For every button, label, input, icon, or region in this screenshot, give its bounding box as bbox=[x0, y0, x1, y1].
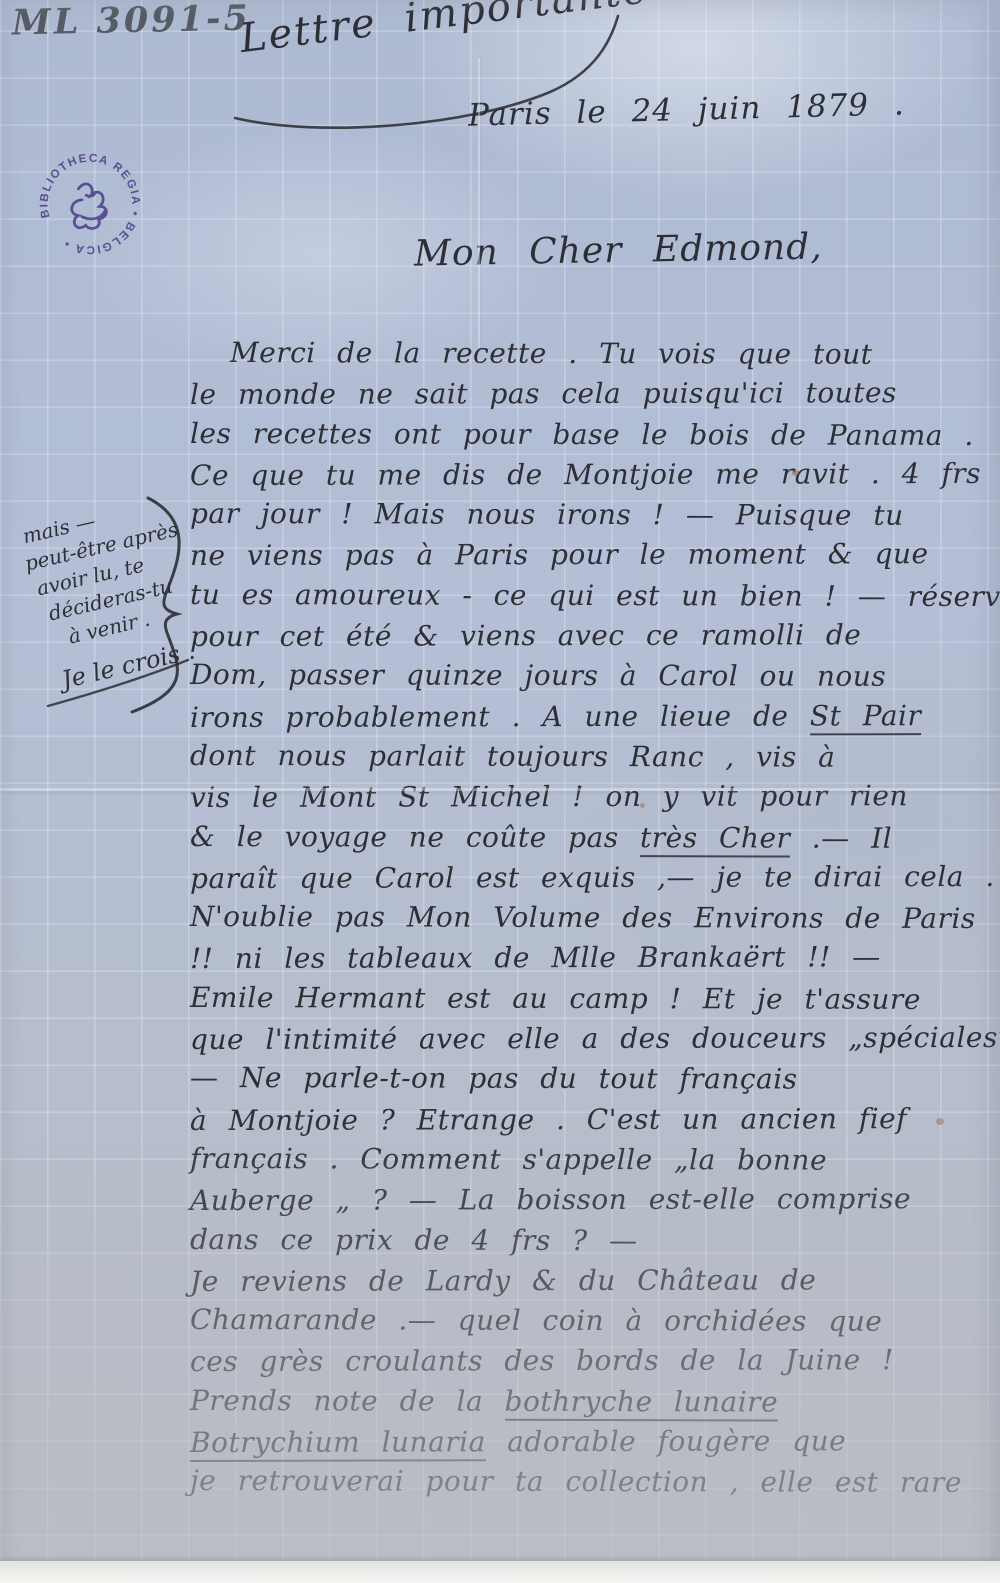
letter-line-segment: que l'intimité avec elle a des douceurs … bbox=[190, 1021, 1000, 1056]
letter-line-segment: tu es amoureux - ce qui est un bien ! — … bbox=[190, 578, 1000, 613]
catalog-number: ML 3091-5 bbox=[12, 0, 252, 43]
letter-line: vis le Mont St Michel ! on y vit pour ri… bbox=[190, 776, 990, 818]
letter-line-segment: .— Il bbox=[790, 821, 892, 854]
letter-line: Prends note de la bothryche lunaire bbox=[190, 1381, 990, 1423]
letter-line-segment: dans ce prix de 4 frs ? — bbox=[190, 1222, 638, 1256]
letter-line: dans ce prix de 4 frs ? — bbox=[190, 1219, 990, 1261]
letter-line: Emile Hermant est au camp ! Et je t'assu… bbox=[190, 978, 990, 1020]
letter-line-segment: Ce que tu me dis de Montjoie me ravit . … bbox=[190, 457, 981, 492]
paper-stain bbox=[792, 470, 799, 476]
letter-line-segment: Prends note de la bbox=[190, 1384, 505, 1418]
letter-line: Merci de la recette . Tu vois que tout bbox=[190, 333, 990, 375]
letter-line: — Ne parle-t-on pas du tout français bbox=[190, 1058, 990, 1100]
letter-line: ces grès croulants des bords de la Juine… bbox=[190, 1340, 990, 1382]
annotation-lettre-importante: Lettre importante bbox=[237, 0, 650, 62]
letter-line-segment: Je reviens de Lardy & du Château de bbox=[190, 1263, 816, 1298]
letter-line: tu es amoureux - ce qui est un bien ! — … bbox=[190, 575, 990, 617]
letter-line: Botrychium lunaria adorable fougère que bbox=[190, 1421, 990, 1463]
letter-line-segment: dont nous parlait toujours Ranc , vis à bbox=[190, 739, 835, 774]
letter-line-segment: !! ni les tableaux de Mlle Brankaërt !! … bbox=[190, 941, 881, 976]
letter-line-segment: à Montjoie ? Etrange . C'est un ancien f… bbox=[190, 1102, 907, 1137]
letter-line-segment: irons probablement . A une lieue de bbox=[190, 699, 810, 734]
letter-line-segment: Emile Hermant est au camp ! Et je t'assu… bbox=[190, 981, 921, 1016]
letter-line-segment: St Pair bbox=[810, 699, 922, 735]
library-stamp-icon: BIBLIOTHECA REGIA • BELGICA • bbox=[19, 133, 160, 274]
svg-text:BIBLIOTHECA REGIA • BELGICA •: BIBLIOTHECA REGIA • BELGICA • bbox=[24, 138, 156, 270]
letter-line-segment: les recettes ont pour base le bois de Pa… bbox=[190, 417, 974, 452]
letter-line: par jour ! Mais nous irons ! — Puisque t… bbox=[190, 494, 990, 536]
letter-line-segment: paraît que Carol est exquis ,— je te dir… bbox=[190, 860, 995, 895]
letter-line: à Montjoie ? Etrange . C'est un ancien f… bbox=[190, 1099, 990, 1141]
letter-line-segment: Dom, passer quinze jours à Carol ou nous bbox=[190, 658, 886, 693]
letter-line-segment: Chamarande .— quel coin à orchidées que bbox=[190, 1303, 882, 1338]
letter-line-segment: je retrouverai pour ta collection , elle… bbox=[190, 1464, 962, 1499]
letter-line: le monde ne sait pas cela puisqu'ici tou… bbox=[190, 373, 990, 415]
letter-line-segment: le monde ne sait pas cela puisqu'ici tou… bbox=[190, 376, 897, 411]
letter-line-segment: Merci de la recette . Tu vois que tout bbox=[230, 336, 873, 371]
fold-crease-horizontal bbox=[0, 788, 1000, 791]
letter-line: dont nous parlait toujours Ranc , vis à bbox=[190, 736, 990, 778]
letter-line-segment: & le voyage ne coûte pas bbox=[190, 820, 640, 854]
letter-line: je retrouverai pour ta collection , elle… bbox=[190, 1461, 990, 1503]
letter-line: pour cet été & viens avec ce ramolli de bbox=[190, 615, 990, 657]
letter-line: Auberge „ ? — La boisson est-elle compri… bbox=[190, 1179, 990, 1221]
letter-line: ne viens pas à Paris pour le moment & qu… bbox=[190, 534, 990, 576]
letter-line: que l'intimité avec elle a des douceurs … bbox=[190, 1018, 990, 1060]
letter-line: français . Comment s'appelle „la bonne bbox=[190, 1139, 990, 1181]
letter-line-segment: français . Comment s'appelle „la bonne bbox=[190, 1142, 827, 1177]
letter-line-segment: adorable fougère que bbox=[486, 1424, 847, 1458]
letter-line: N'oublie pas Mon Volume des Environs de … bbox=[190, 897, 990, 939]
letter-line: les recettes ont pour base le bois de Pa… bbox=[190, 414, 990, 456]
stamp-text: BIBLIOTHECA REGIA • BELGICA • bbox=[24, 138, 156, 270]
letter-line-segment: ces grès croulants des bords de la Juine… bbox=[190, 1344, 894, 1379]
letter-line-segment: vis le Mont St Michel ! on y vit pour ri… bbox=[190, 779, 908, 814]
margin-note: mais —peut-être aprèsavoir lu, tedécider… bbox=[20, 488, 215, 695]
letter-scan-page: ML 3091-5 Lettre importante BIBLIOTHECA … bbox=[0, 0, 1000, 1583]
stamp-lion-icon bbox=[64, 180, 111, 234]
letter-line-segment: pour cet été & viens avec ce ramolli de bbox=[190, 618, 861, 653]
dateline: Paris le 24 juin 1879 . bbox=[468, 86, 906, 133]
letter-line: Ce que tu me dis de Montjoie me ravit . … bbox=[190, 454, 990, 496]
letter-line-segment: — Ne parle-t-on pas du tout français bbox=[190, 1061, 798, 1096]
paper-stain bbox=[640, 803, 645, 808]
letter-line: Dom, passer quinze jours à Carol ou nous bbox=[190, 655, 990, 697]
letter-line-segment: par jour ! Mais nous irons ! — Puisque t… bbox=[190, 497, 904, 532]
letter-line-segment: ne viens pas à Paris pour le moment & qu… bbox=[190, 538, 929, 573]
letter-line: irons probablement . A une lieue de St P… bbox=[190, 696, 990, 738]
letter-line: paraît que Carol est exquis ,— je te dir… bbox=[190, 857, 990, 899]
letter-line: Je reviens de Lardy & du Château de bbox=[190, 1260, 990, 1302]
letter-line: & le voyage ne coûte pas très Cher .— Il bbox=[190, 817, 990, 859]
letter-line-segment: Auberge „ ? — La boisson est-elle compri… bbox=[190, 1182, 911, 1217]
letter-line-segment: N'oublie pas Mon Volume des Environs de … bbox=[190, 900, 976, 935]
fold-crease-vertical bbox=[478, 58, 480, 348]
letter-line-segment: bothryche lunaire bbox=[505, 1384, 779, 1421]
letter-line-segment: Botrychium lunaria bbox=[190, 1425, 486, 1462]
paper-stain bbox=[936, 1118, 944, 1125]
salutation: Mon Cher Edmond, bbox=[414, 226, 823, 274]
letter-body: Merci de la recette . Tu vois que toutle… bbox=[190, 334, 990, 1503]
letter-line: Chamarande .— quel coin à orchidées que bbox=[190, 1300, 990, 1342]
letter-line-segment: très Cher bbox=[640, 821, 790, 857]
scan-background-strip bbox=[0, 1561, 1000, 1583]
letter-line: !! ni les tableaux de Mlle Brankaërt !! … bbox=[190, 937, 990, 979]
